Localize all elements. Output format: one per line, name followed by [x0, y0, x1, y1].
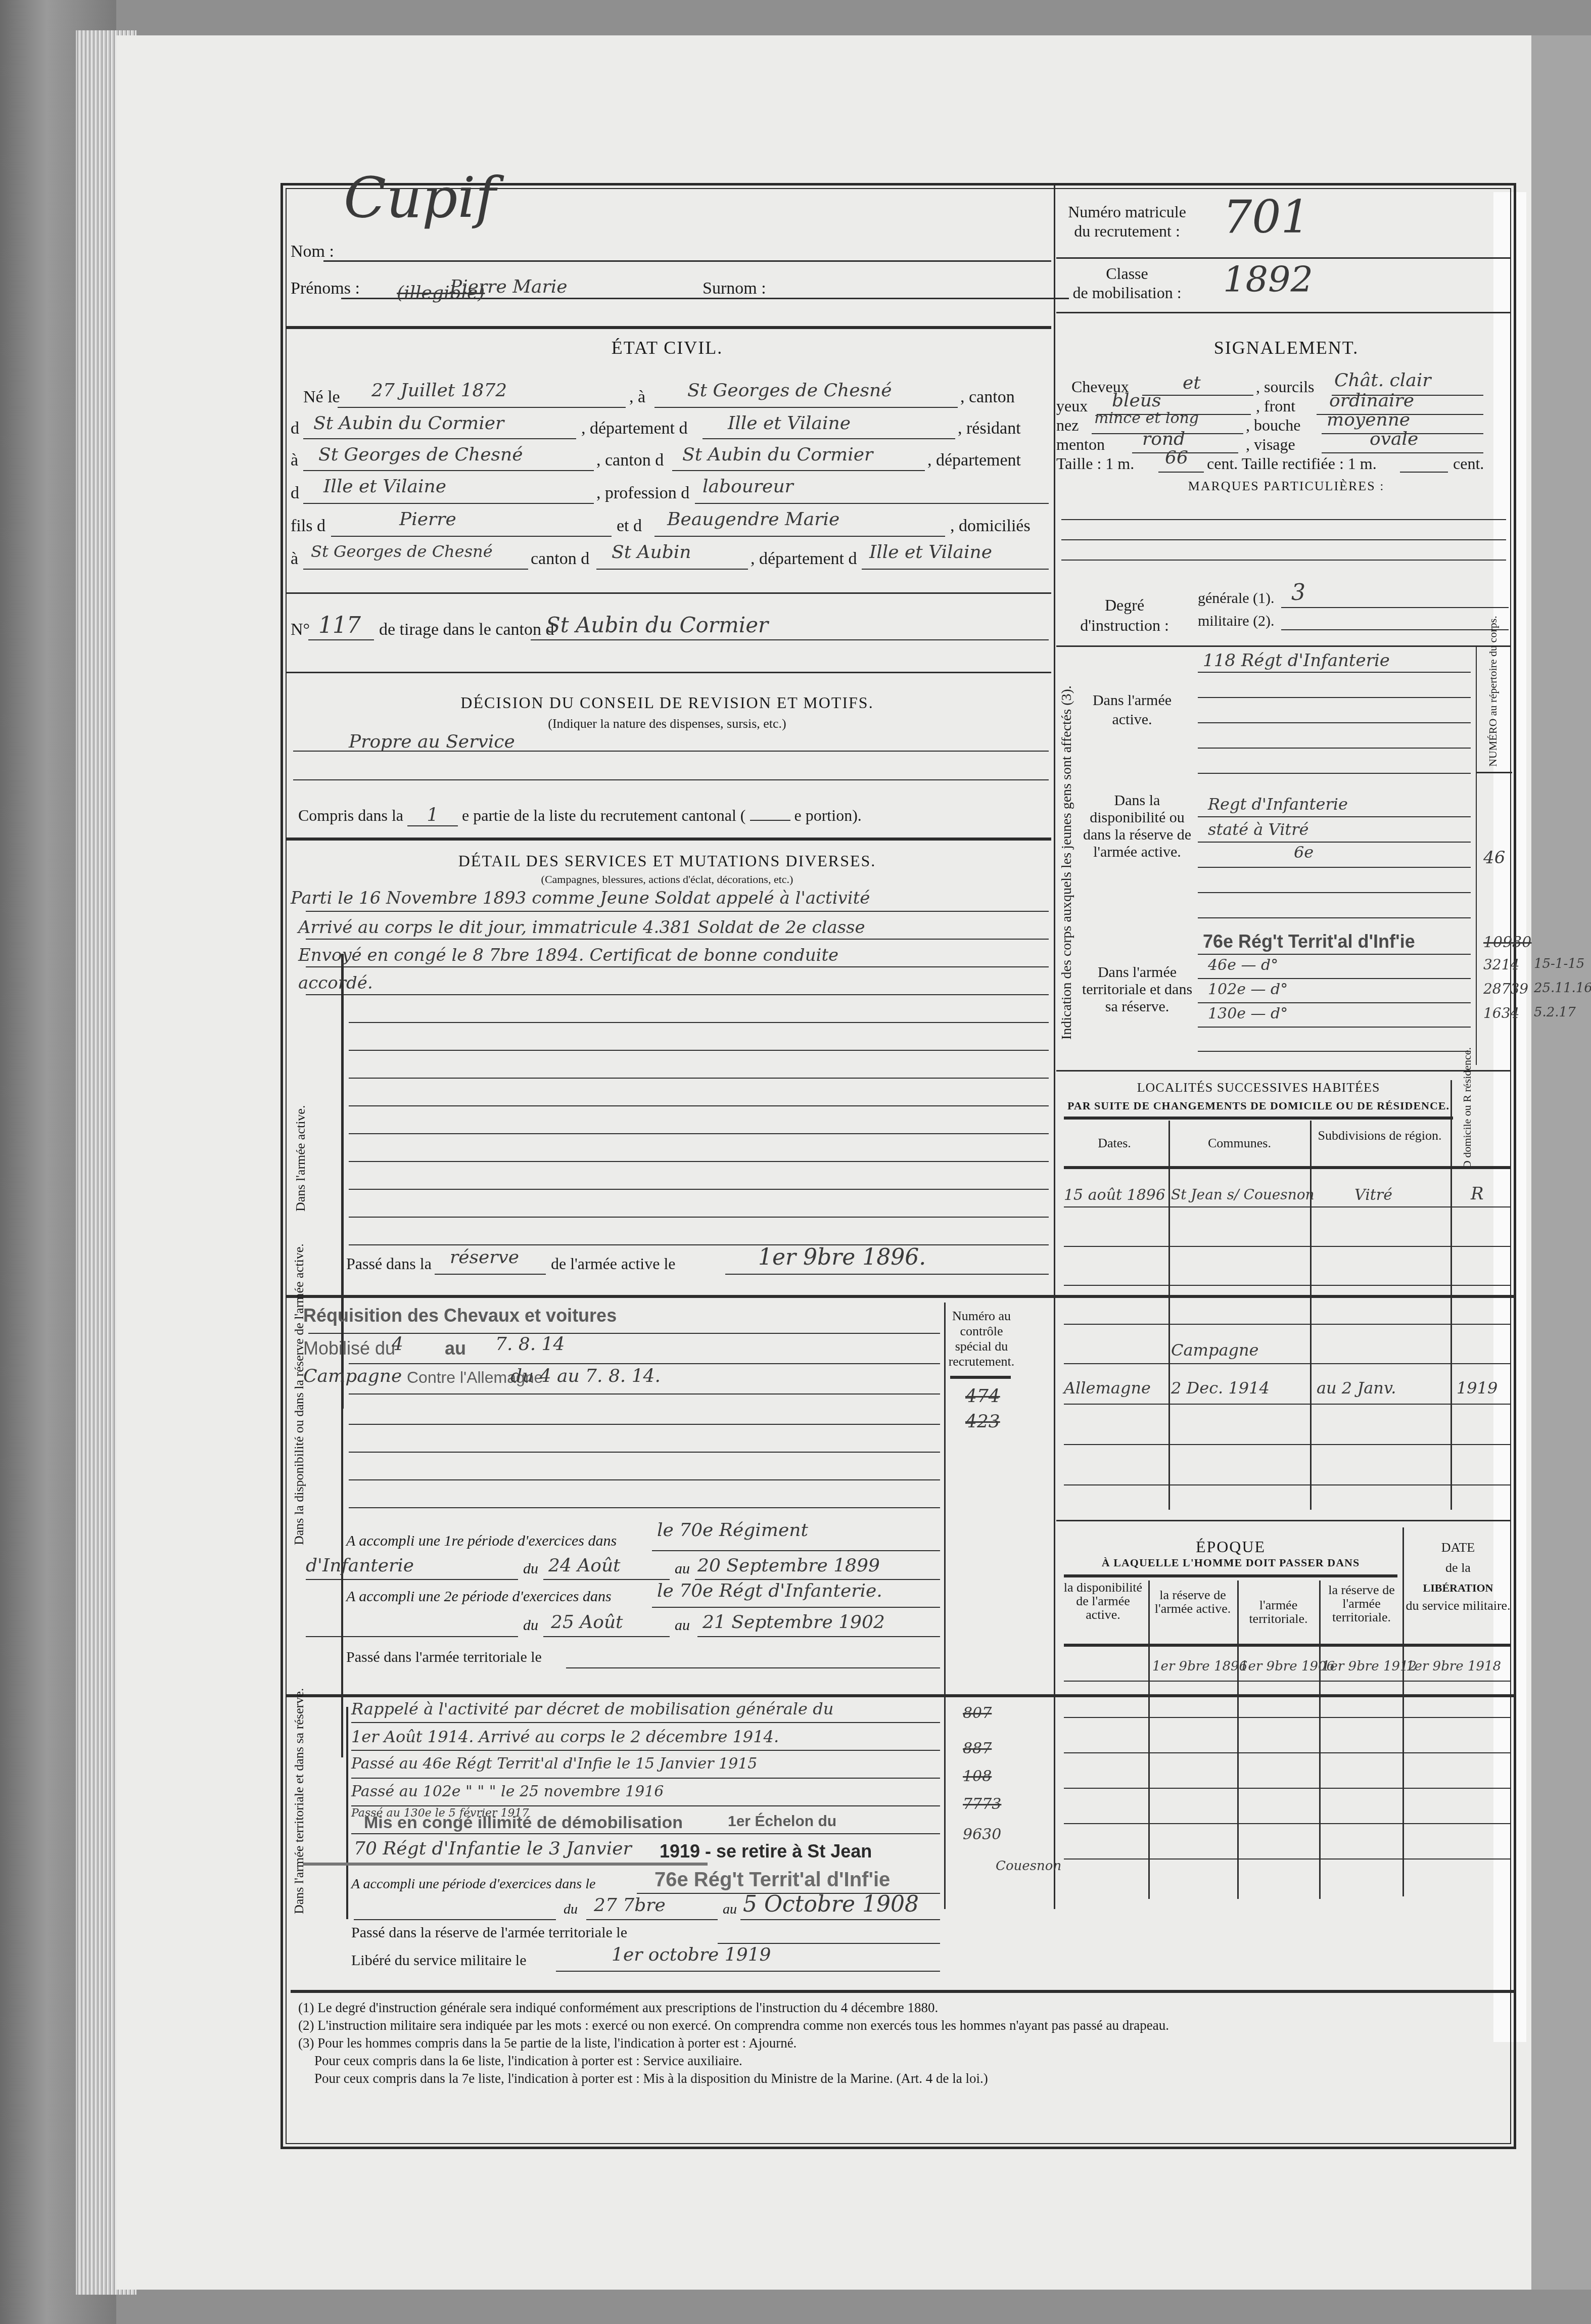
requisition-stamp: Réquisition des Chevaux et voitures: [303, 1305, 617, 1326]
territoriale-au-label: au: [723, 1901, 737, 1918]
profession-label: , profession d: [596, 484, 689, 503]
domicile-canton-label: canton d: [531, 549, 589, 569]
epoque-reserve-active-value: 1er 9bre 1896: [1152, 1659, 1247, 1674]
liberation-sub-2: LIBÉRATION: [1405, 1582, 1511, 1595]
localites-col-subdivisions: Subdivisions de région.: [1312, 1128, 1448, 1143]
corps-disponibilite-value-1: Regt d'Infanterie: [1208, 795, 1348, 814]
territoriale-side-label: Dans l'armée territoriale et dans sa rés…: [291, 1702, 308, 1914]
liberation-sub-1: de la: [1405, 1560, 1511, 1575]
visage-value: ovale: [1370, 429, 1418, 449]
numero-controle-label: Numéro au contrôle spécial du recrutemen…: [946, 1309, 1017, 1369]
cheveux-value: et: [1183, 373, 1201, 393]
territoriale-line-1: Rappelé à l'activité par décret de mobil…: [351, 1699, 833, 1718]
territoriale-numero-1: 807: [963, 1704, 992, 1722]
tirage-canton: St Aubin du Cormier: [546, 613, 768, 637]
couesnon-note: Couesnon: [996, 1858, 1061, 1874]
periode2-du-label: du: [523, 1617, 538, 1634]
bouche-label: , bouche: [1246, 416, 1300, 435]
profession-value: laboureur: [703, 476, 793, 497]
liberation-value: 1er 9bre 1918: [1406, 1659, 1501, 1674]
service-line-3: Envoyé en congé le 8 7bre 1894. Certific…: [298, 945, 838, 965]
epoque-territoriale-value: 1er 9bre 1906: [1240, 1659, 1335, 1674]
book-edge: [1531, 35, 1591, 2290]
ne-le-label: Né le: [303, 388, 340, 407]
corps-territoriale-num-3: 1634: [1483, 1005, 1519, 1021]
territoriale-numero-4: 7773: [963, 1795, 1001, 1813]
classe-label: Classede mobilisation :: [1061, 264, 1193, 302]
cent-label: cent.: [1453, 454, 1484, 473]
residence-value: St Georges de Chesné: [318, 444, 523, 465]
conge-value: 70 Régt d'Infantie le 3 Janvier: [354, 1838, 632, 1859]
nez-value: mince et long: [1094, 409, 1199, 427]
corps-territoriale-date-2: 25.11.16: [1534, 981, 1591, 996]
localite-dr: R: [1471, 1184, 1484, 1204]
a-label: , à: [629, 388, 645, 407]
residence-departement: Ille et Vilaine: [323, 476, 446, 497]
tirage-label: de tirage dans le canton d: [379, 620, 554, 639]
passe-value: réserve: [450, 1247, 519, 1268]
corps-territoriale-row-1: 46e — d°: [1208, 956, 1278, 974]
territoriale-numero-5: 9630: [963, 1826, 1001, 1843]
periode1-du: 24 Août: [548, 1555, 621, 1576]
mere-value: Beaugendre Marie: [667, 509, 839, 530]
localite-subdivision: au 2 Janv.: [1317, 1378, 1396, 1398]
localites-col-dr: D domicile ou R résidence.: [1461, 1083, 1474, 1169]
corps-territoriale-stamp: 76e Rég't Territ'al d'Inf'ie: [1203, 931, 1415, 952]
passe-date: 1er 9bre 1896.: [758, 1244, 926, 1270]
footnote-2: (2) L'instruction militaire sera indiqué…: [298, 2018, 1169, 2033]
menton-label: menton: [1056, 435, 1105, 454]
services-title: DÉTAIL DES SERVICES ET MUTATIONS DIVERSE…: [283, 852, 1051, 870]
visage-label: , visage: [1246, 435, 1295, 454]
menton-value: rond: [1142, 429, 1185, 449]
marques-title: MARQUES PARTICULIÈRES :: [1056, 479, 1516, 494]
footnote-1: (1) Le degré d'instruction générale sera…: [298, 2000, 938, 2016]
localite-commune: 2 Dec. 1914: [1171, 1378, 1270, 1398]
residence-a-label: à: [291, 451, 298, 470]
epoque-col-reserve-territoriale: la réserve de l'armée territoriale.: [1322, 1583, 1401, 1624]
surnom-label: Surnom :: [703, 279, 766, 298]
epoque-reserve-territoriale-value: 1er 9bre 1912: [1322, 1659, 1417, 1674]
residence-canton: St Aubin du Cormier: [682, 444, 873, 465]
nez-label: nez: [1056, 416, 1079, 435]
corps-active-value: 118 Régt d'Infanterie: [1203, 650, 1390, 671]
corps-disponibilite-value-3: 6e: [1294, 843, 1314, 862]
matricule-value: 701: [1223, 191, 1310, 244]
matricule-label: Numéro matriculedu recrutement :: [1061, 202, 1193, 241]
corps-territoriale-date-1: 15-1-15: [1534, 956, 1584, 971]
signalement-title: SIGNALEMENT.: [1056, 337, 1516, 358]
service-line-1: Parti le 16 Novembre 1893 comme Jeune So…: [291, 888, 870, 908]
libere-value: 1er octobre 1919: [612, 1944, 771, 1965]
localites-col-communes: Communes.: [1170, 1136, 1309, 1151]
localite-date: 15 août 1896: [1064, 1186, 1165, 1204]
footnote-3: (3) Pour les hommes compris dans la 5e p…: [298, 2035, 797, 2051]
instruction-militaire-label: militaire (2).: [1198, 613, 1275, 630]
territoriale-numero-2: 887: [963, 1740, 992, 1757]
decision-subtitle: (Indiquer la nature des dispenses, sursi…: [283, 716, 1051, 731]
territoriale-periode-label: A accompli une période d'exercices dans …: [351, 1876, 595, 1892]
nom-value: Cupif: [344, 165, 496, 230]
periode1-value: le 70e Régiment: [657, 1520, 808, 1541]
passe-territoriale-label: Passé dans l'armée territoriale le: [346, 1649, 542, 1666]
mobilise-au: au: [445, 1338, 466, 1359]
corps-disponibilite-num: 46: [1483, 848, 1505, 868]
reserve-territoriale-label: Passé dans la réserve de l'armée territo…: [351, 1924, 627, 1941]
front-label: , front: [1256, 397, 1295, 415]
numero-controle-2: 423: [965, 1411, 1000, 1432]
tirage-no-value: 117: [318, 613, 361, 638]
domicile-departement-label: , département d: [751, 549, 857, 569]
passe-label-2: de l'armée active le: [551, 1254, 676, 1273]
residant-label: , résidant: [958, 419, 1021, 438]
localite-subdivision: Vitré: [1354, 1186, 1392, 1204]
territoriale-numero-3: 108: [963, 1768, 992, 1785]
localite-date: Allemagne: [1064, 1378, 1151, 1398]
periode2-du: 25 Août: [551, 1612, 623, 1633]
sourcils-label: , sourcils: [1256, 378, 1315, 396]
footnote-5: Pour ceux compris dans la 7e liste, l'in…: [314, 2071, 988, 2086]
echelon-stamp: 1er Échelon du: [728, 1813, 836, 1830]
residence-departement-label: , département: [927, 451, 1021, 470]
domicile-canton: St Aubin: [612, 542, 691, 563]
yeux-value: bleus: [1112, 390, 1161, 411]
periode1-au-label: au: [675, 1560, 690, 1577]
periode1-au: 20 Septembre 1899: [697, 1555, 880, 1576]
classe-value: 1892: [1223, 259, 1313, 300]
mobilise-stamp: Mobilisé du: [303, 1338, 395, 1359]
territoriale-line-2: 1er Août 1914. Arrivé au corps le 2 déce…: [351, 1727, 779, 1746]
front-value: ordinaire: [1329, 390, 1414, 411]
territoriale-du-label: du: [564, 1901, 578, 1918]
fils-de-label: fils d: [291, 517, 325, 536]
de-label: d: [291, 419, 299, 438]
epoque-subtitle: À LAQUELLE L'HOMME DOIT PASSER DANS: [1056, 1556, 1405, 1569]
mobilise-to: 7. 8. 14: [495, 1334, 565, 1355]
corps-side-label: Indication des corps auxquels les jeunes…: [1059, 661, 1075, 1065]
corps-territoriale-label: Dans l'armée territoriale et dans sa rés…: [1082, 964, 1193, 1015]
et-de-label: et d: [617, 517, 642, 536]
decision-title: DÉCISION DU CONSEIL DE REVISION ET MOTIF…: [283, 693, 1051, 712]
territoriale-du: 27 7bre: [594, 1895, 666, 1916]
territoriale-au: 5 Octobre 1908: [743, 1891, 919, 1917]
localites-subtitle: PAR SUITE DE CHANGEMENTS DE DOMICILE OU …: [1056, 1099, 1461, 1112]
canton-naissance: St Aubin du Cormier: [313, 413, 504, 434]
compris-label: Compris dans la 1 e partie de la liste d…: [298, 805, 862, 826]
periode2-au: 21 Septembre 1902: [703, 1612, 885, 1633]
conge-stamp: Mis en congé illimité de démobilisation: [364, 1813, 683, 1833]
mobilise-from: 4: [392, 1334, 403, 1355]
epoque-col-reserve-active: la réserve de l'armée active.: [1150, 1588, 1236, 1615]
corps-territoriale-row-3: 130e — d°: [1208, 1005, 1288, 1022]
departement-label: , département d: [581, 419, 688, 438]
libere-label: Libéré du service militaire le: [351, 1952, 527, 1969]
corps-territoriale-row-2: 102e — d°: [1208, 981, 1288, 998]
departement-naissance: Ille et Vilaine: [728, 413, 851, 434]
decision-value: Propre au Service: [349, 731, 515, 752]
periode1-du-label: du: [523, 1560, 538, 1577]
corps-territoriale-num-1: 3214: [1483, 956, 1519, 973]
taille-rectifiee-label: cent. Taille rectifiée : 1 m.: [1207, 454, 1377, 473]
localites-title: LOCALITÉS SUCCESSIVES HABITÉES: [1056, 1080, 1461, 1095]
corps-territoriale-date-3: 5.2.17: [1534, 1005, 1576, 1020]
passe-label: Passé dans la: [346, 1254, 432, 1273]
domicile-value: St Georges de Chesné: [311, 542, 493, 561]
d-label: d: [291, 484, 299, 503]
periode2-value: le 70e Régt d'Infanterie.: [657, 1581, 882, 1601]
compris-value: 1: [407, 805, 458, 826]
76e-regiment-stamp: 76e Rég't Territ'al d'Inf'ie: [654, 1869, 890, 1891]
military-register-form: Nom : Cupif Prénoms : (illegible) Pierre…: [280, 183, 1516, 2149]
domicile-departement: Ille et Vilaine: [869, 542, 992, 563]
tirage-no-label: N°: [291, 620, 310, 639]
numero-repertoire-label: NUMÉRO au répertoire du corps.: [1486, 656, 1500, 767]
campagne-dates: du 4 au 7. 8. 14.: [510, 1366, 661, 1386]
services-subtitle: (Campagnes, blessures, actions d'éclat, …: [283, 873, 1051, 886]
corps-active-label: Dans l'armée active.: [1082, 691, 1183, 729]
corps-territoriale-struck: 10930: [1483, 934, 1531, 951]
corps-disponibilite-value-2: staté à Vitré: [1208, 820, 1308, 839]
yeux-label: yeux: [1056, 397, 1088, 415]
epoque-col-disponibilite: la disponibilité de l'armée active.: [1059, 1581, 1147, 1621]
date-naissance: 27 Juillet 1872: [371, 380, 507, 401]
retire-stamp: 1919 - se retire à St Jean: [660, 1841, 872, 1862]
residence-canton-label: , canton d: [596, 451, 664, 470]
prenoms-value: Pierre Marie: [450, 276, 568, 297]
taille-label: Taille : 1 m.: [1056, 454, 1134, 473]
periode1-label: A accompli une 1re période d'exercices d…: [346, 1532, 617, 1550]
instruction-generale-value: 3: [1291, 580, 1305, 606]
canton-label: , canton: [960, 388, 1015, 407]
domicile-a-label: à: [291, 549, 298, 569]
localite-commune-campagne: Campagne: [1171, 1340, 1259, 1360]
localite-commune: St Jean s/ Couesnon: [1171, 1186, 1315, 1203]
nom-label: Nom :: [291, 242, 334, 261]
prenoms-label: Prénoms :: [291, 279, 360, 298]
pere-value: Pierre: [399, 509, 456, 530]
campagne-value: Campagne: [303, 1366, 402, 1386]
liberation-sub-3: du service militaire.: [1405, 1598, 1511, 1613]
territoriale-line-4: Passé au 102e " " " le 25 novembre 1916: [351, 1783, 664, 1800]
service-line-2: Arrivé au corps le dit jour, immatricule…: [298, 917, 865, 938]
territoriale-line-3: Passé au 46e Régt Territ'al d'Infie le 1…: [351, 1755, 757, 1773]
periode2-label: A accompli une 2e période d'exercices da…: [346, 1588, 612, 1605]
localites-col-dates: Dates.: [1061, 1136, 1167, 1151]
bouche-value: moyenne: [1327, 409, 1410, 430]
epoque-title: ÉPOQUE: [1056, 1538, 1405, 1556]
etat-civil-title: ÉTAT CIVIL.: [283, 337, 1051, 358]
periode2-au-label: au: [675, 1617, 690, 1634]
domicilies-label: , domiciliés: [950, 517, 1031, 536]
sourcils-value: Chât. clair: [1334, 370, 1431, 391]
instruction-generale-label: générale (1).: [1198, 590, 1275, 607]
lieu-naissance: St Georges de Chesné: [687, 380, 892, 401]
localite-dr: 1919: [1457, 1378, 1498, 1398]
numero-controle-1: 474: [965, 1386, 1000, 1407]
liberation-title: DATE: [1405, 1540, 1511, 1555]
footnote-4: Pour ceux compris dans la 6e liste, l'in…: [314, 2053, 742, 2069]
corps-disponibilite-label: Dans la disponibilité ou dans la réserve…: [1082, 792, 1193, 861]
instruction-label: Degréd'instruction :: [1071, 595, 1178, 635]
periode1-value-2: d'Infanterie: [306, 1555, 414, 1576]
service-line-4: accordé.: [298, 973, 373, 993]
taille-value: 66: [1165, 447, 1188, 468]
epoque-col-territoriale: l'armée territoriale.: [1239, 1598, 1318, 1625]
corps-territoriale-num-2: 28739: [1483, 981, 1528, 997]
